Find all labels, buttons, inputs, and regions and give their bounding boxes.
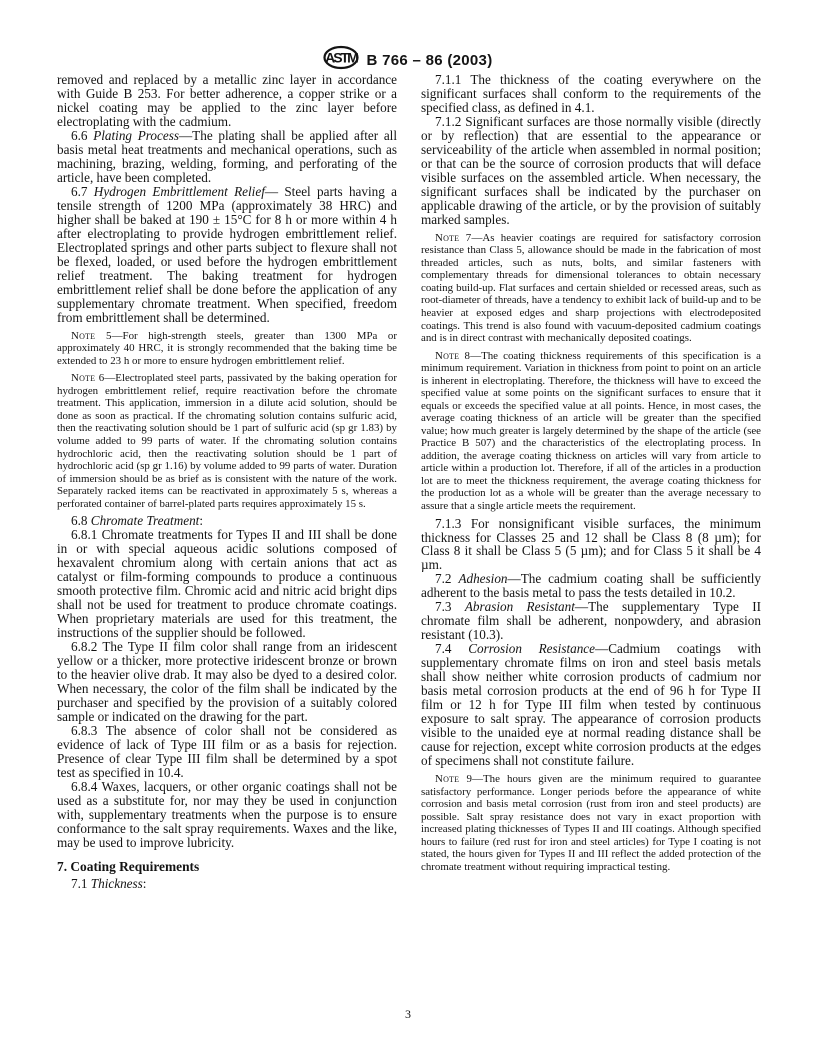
paragraph: 7.4 Corrosion Resistance—Cadmium coating…	[421, 642, 761, 768]
paragraph: 7.2 Adhesion—The cadmium coating shall b…	[421, 572, 761, 600]
paragraph: 7.3 Abrasion Resistant—The supplementary…	[421, 600, 761, 642]
note-paragraph: Note 6—Electroplated steel parts, passiv…	[57, 372, 397, 510]
svg-text:ASTM: ASTM	[326, 50, 359, 66]
document-page: ASTM B 766 – 86 (2003) removed and repla…	[0, 0, 816, 1056]
paragraph: 6.7 Hydrogen Embrittlement Relief— Steel…	[57, 185, 397, 325]
page-number: 3	[405, 1007, 411, 1021]
paragraph: 7.1.1 The thickness of the coating every…	[421, 73, 761, 115]
note-paragraph: Note 8—The coating thickness requirement…	[421, 350, 761, 513]
paragraph: 6.6 Plating Process—The plating shall be…	[57, 129, 397, 185]
paragraph: 6.8.1 Chromate treatments for Types II a…	[57, 528, 397, 640]
paragraph: 7.1.3 For nonsignificant visible surface…	[421, 517, 761, 573]
column-right: 7.1.1 The thickness of the coating every…	[421, 73, 761, 891]
note-paragraph: Note 5—For high-strength steels, greater…	[57, 330, 397, 368]
paragraph: 6.8 Chromate Treatment:	[57, 514, 397, 528]
page-footer: 3	[0, 1007, 816, 1022]
paragraph: 7.1 Thickness:	[57, 877, 397, 891]
note-paragraph: Note 9—The hours given are the minimum r…	[421, 773, 761, 873]
column-left: removed and replaced by a metallic zinc …	[57, 73, 397, 891]
paragraph: removed and replaced by a metallic zinc …	[57, 73, 397, 129]
paragraph: 6.8.3 The absence of color shall not be …	[57, 724, 397, 780]
document-body: removed and replaced by a metallic zinc …	[57, 73, 761, 891]
document-title: B 766 – 86 (2003)	[366, 52, 492, 69]
paragraph: 6.8.2 The Type II film color shall range…	[57, 640, 397, 724]
section-heading: 7. Coating Requirements	[57, 859, 397, 875]
paragraph: 6.8.4 Waxes, lacquers, or other organic …	[57, 780, 397, 850]
note-paragraph: Note 7—As heavier coatings are required …	[421, 232, 761, 345]
paragraph: 7.1.2 Significant surfaces are those nor…	[421, 115, 761, 227]
